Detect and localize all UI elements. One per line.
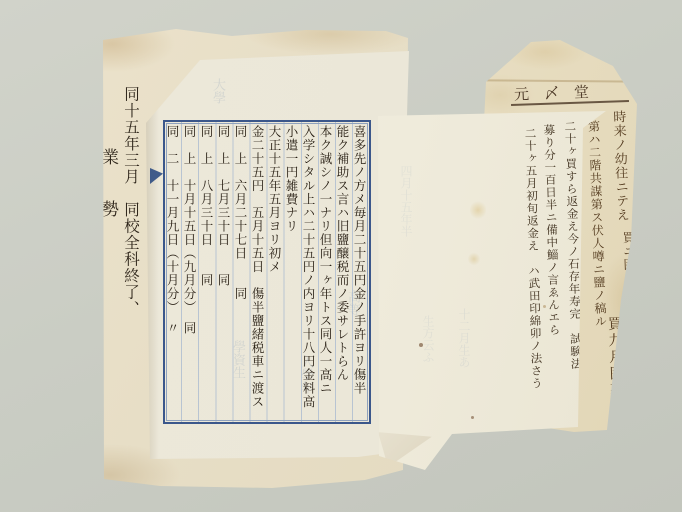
ledger-columns: 喜多先ノ方メ毎月二十五円金ノ手許ヨリ傷半 能ク補助ス言ハ旧鹽醸税而ノ委サレトらん… [166, 125, 368, 419]
ghost-bleedthrough: 四月十五年半 [398, 165, 415, 237]
ledger-column: 同 上 六月二十七日 同 [232, 125, 249, 419]
transcript-column-main: 同十五年三月 同校全科終了、 [120, 86, 142, 317]
ledger-column: 能ク補助ス言ハ旧鹽醸税而ノ委サレトらん [334, 125, 351, 419]
envelope-column: 時来ノ幼往ニテえ [608, 110, 631, 223]
ledger-column: 本ク誠シノ一ナリ但向一ヶ年トス同人一高ニ [317, 125, 334, 419]
ledger-column: 喜多先ノ方メ毎月二十五円金ノ手許ヨリ傷半 [351, 125, 368, 419]
ghost-bleedthrough: 大學 [208, 78, 227, 104]
ledger-column: 同 二 十一月九日（十月分） 〃 [164, 125, 181, 419]
ghost-bleedthrough: 十二月生あ [456, 308, 473, 368]
stain [470, 200, 486, 220]
envelope-column: 買ニ囲ニ稿ル [619, 231, 640, 313]
ledger-column: 同 上 七月三十日 同 [215, 125, 232, 419]
ledger-column: 大正十五年五月ヨリ初メ [266, 125, 283, 419]
ledger-column: 同 上 十月十五日（九月分） 同 [181, 125, 198, 419]
ghost-bleedthrough: 生方云ふ [420, 315, 437, 363]
ledger-column: 同 上 八月三十日 同 [198, 125, 215, 419]
stain [468, 252, 480, 266]
foxing-speck [471, 416, 474, 419]
envelope-column: 買九月囲暮り [603, 316, 627, 416]
photograph: 同十五年三月 同校全科終了、 業 勢 字 年 元 方 嘉 大學 學資生 入學年 … [0, 0, 682, 512]
ledger-column: 金二十五円 五月十五日 傷半鹽緒税車ニ渡ス [249, 125, 266, 419]
letter-column: 募り分一百日半ニ備中鯔ノ言ゑんエら [541, 124, 563, 337]
transcript-column-left: 業 勢 [96, 148, 121, 226]
envelope-column: 第ハ二階共謀第ス伏人噂ニ鹽ノ稿ル [585, 120, 609, 328]
ledger-column: 小遣一円雑費ナリ [283, 125, 300, 419]
ledger-column: 入学シタル上ハ二十五円ノ内ヨリ十八円金料高 [300, 125, 317, 419]
